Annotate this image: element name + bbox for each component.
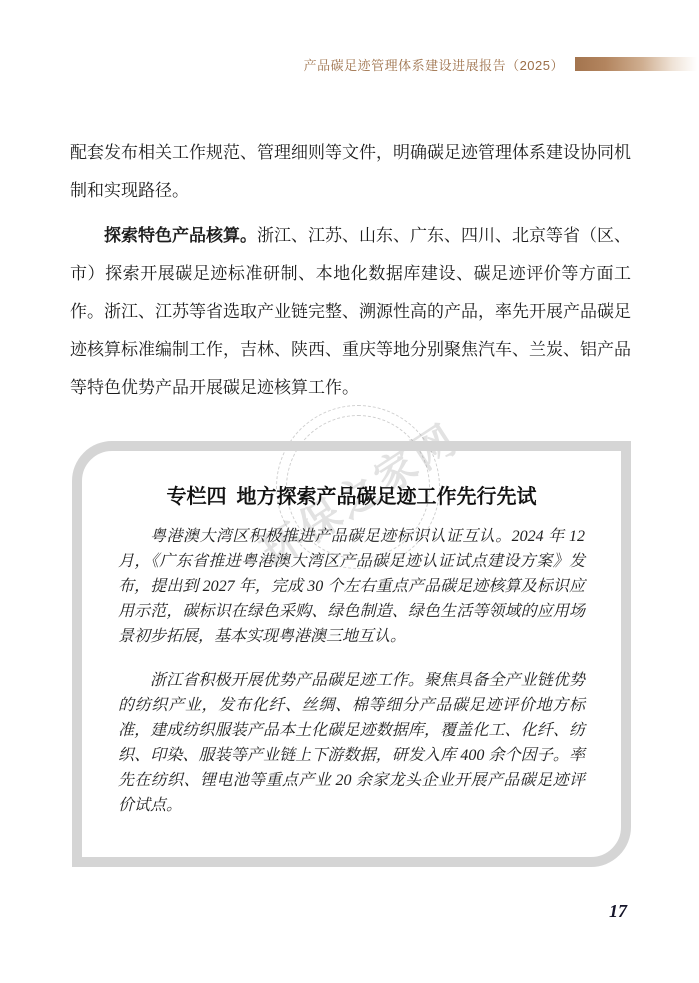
page-number: 17 — [609, 901, 627, 921]
page-header: 产品碳足迹管理体系建设进展报告（2025） — [0, 55, 697, 73]
document-page: 产品碳足迹管理体系建设进展报告（2025） 配套发布相关工作规范、管理细则等文件… — [0, 0, 699, 983]
column-box: 专栏四 地方探索产品碳足迹工作先行先试 粤港澳大湾区积极推进产品碳足迹标识认证互… — [72, 441, 631, 867]
body-content: 配套发布相关工作规范、管理细则等文件，明确碳足迹管理体系建设协同机制和实现路径。… — [70, 134, 631, 407]
column-box-paragraph-gba: 粤港澳大湾区积极推进产品碳足迹标识认证互认。2024 年 12 月，《广东省推进… — [118, 524, 585, 649]
column-box-title: 专栏四 地方探索产品碳足迹工作先行先试 — [118, 484, 585, 510]
page-footer: 17 — [0, 901, 627, 922]
header-gradient-bar — [575, 57, 697, 71]
paragraph-lead-bold: 探索特色产品核算。 — [104, 226, 257, 245]
paragraph-lead-rest: 浙江、江苏、山东、广东、四川、北京等省（区、市）探索开展碳足迹标准研制、本地化数… — [70, 226, 631, 397]
header-report-title: 产品碳足迹管理体系建设进展报告（2025） — [304, 55, 564, 74]
paragraph-special-products: 探索特色产品核算。浙江、江苏、山东、广东、四川、北京等省（区、市）探索开展碳足迹… — [70, 217, 631, 407]
column-box-paragraph-zhejiang: 浙江省积极开展优势产品碳足迹工作。聚焦具备全产业链优势的纺织产业，发布化纤、丝绸… — [118, 668, 585, 818]
paragraph-continuation: 配套发布相关工作规范、管理细则等文件，明确碳足迹管理体系建设协同机制和实现路径。 — [70, 134, 631, 210]
